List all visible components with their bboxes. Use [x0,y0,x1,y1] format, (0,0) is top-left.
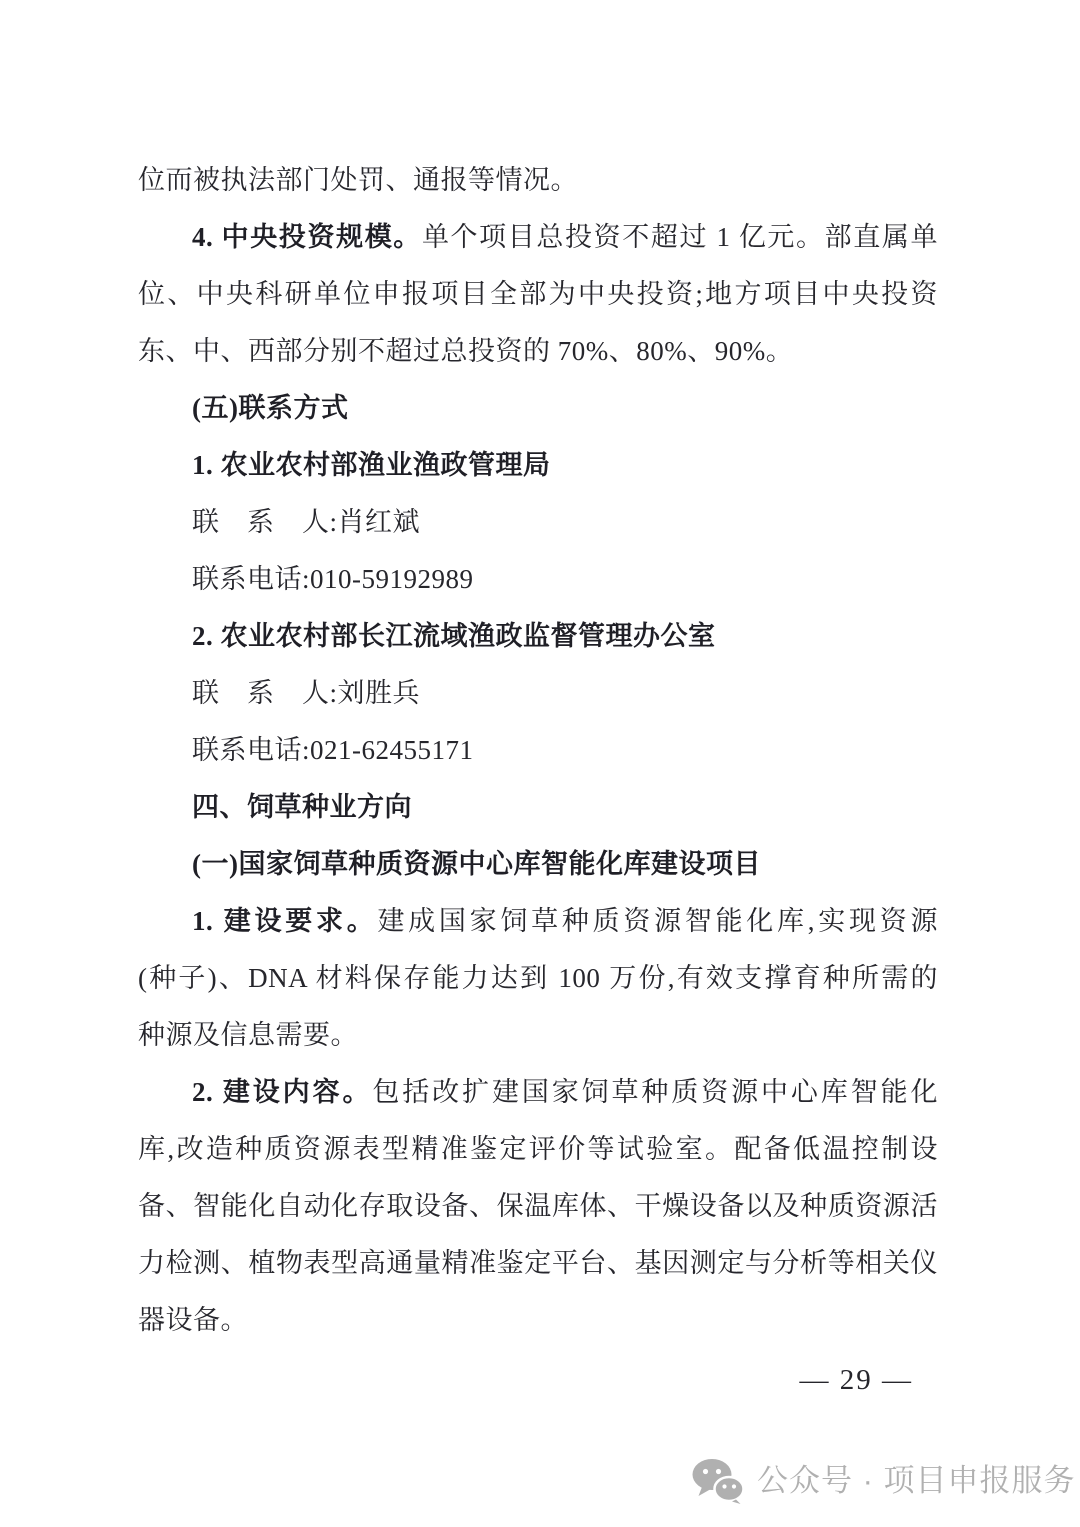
contact-1-phone: 联系电话:010-59192989 [138,551,938,608]
paragraph-requirements-text: 建成国家饲草种质资源智能化库,实现资源 [377,906,938,936]
paragraph-investment-line-3: 东、中、西部分别不超过总投资的 70%、80%、90%。 [138,323,938,380]
paragraph-continuation-line: 位而被执法部门处罚、通报等情况。 [138,152,938,209]
watermark: 公众号 · 项目申报服务 [692,1456,1076,1506]
paragraph-construction-line-1: 2. 建设内容。包括改扩建国家饲草种质资源中心库智能化 [138,1064,938,1121]
paragraph-investment-lead: 4. 中央投资规模。 [192,222,422,252]
paragraph-construction-line-2: 库,改造种质资源表型精准鉴定评价等试验室。配备低温控制设 [138,1121,938,1178]
paragraph-construction-lead: 2. 建设内容。 [192,1077,372,1107]
heading-contact-section: (五)联系方式 [138,380,938,437]
page-number: — 29 — [800,1360,914,1400]
wechat-icon [692,1458,744,1504]
paragraph-requirements-line-1: 1. 建设要求。建成国家饲草种质资源智能化库,实现资源 [138,893,938,950]
paragraph-construction-line-5: 器设备。 [138,1292,938,1349]
paragraph-investment-text: 单个项目总投资不超过 1 亿元。部直属单 [422,222,938,252]
contact-2-phone: 联系电话:021-62455171 [138,722,938,779]
contact-1-title: 1. 农业农村部渔业渔政管理局 [138,437,938,494]
document-page: 位而被执法部门处罚、通报等情况。 4. 中央投资规模。单个项目总投资不超过 1 … [0,0,1080,1527]
contact-2-title: 2. 农业农村部长江流域渔政监督管理办公室 [138,608,938,665]
paragraph-requirements-line-3: 种源及信息需要。 [138,1007,938,1064]
paragraph-construction-text: 包括改扩建国家饲草种质资源中心库智能化 [372,1077,938,1107]
heading-project-title: (一)国家饲草种质资源中心库智能化库建设项目 [138,836,938,893]
paragraph-construction-line-3: 备、智能化自动化存取设备、保温库体、干燥设备以及种质资源活 [138,1178,938,1235]
paragraph-construction-line-4: 力检测、植物表型高通量精准鉴定平台、基因测定与分析等相关仪 [138,1235,938,1292]
contact-1-person: 联 系 人:肖红斌 [138,494,938,551]
paragraph-requirements-lead: 1. 建设要求。 [192,906,377,936]
document-body: 位而被执法部门处罚、通报等情况。 4. 中央投资规模。单个项目总投资不超过 1 … [138,152,938,1349]
watermark-text: 公众号 · 项目申报服务 [757,1456,1076,1506]
paragraph-investment-line-2: 位、中央科研单位申报项目全部为中央投资;地方项目中央投资 [138,266,938,323]
heading-forage-section: 四、饲草种业方向 [138,779,938,836]
paragraph-investment-line-1: 4. 中央投资规模。单个项目总投资不超过 1 亿元。部直属单 [138,209,938,266]
paragraph-requirements-line-2: (种子)、DNA 材料保存能力达到 100 万份,有效支撑育种所需的 [138,950,938,1007]
contact-2-person: 联 系 人:刘胜兵 [138,665,938,722]
